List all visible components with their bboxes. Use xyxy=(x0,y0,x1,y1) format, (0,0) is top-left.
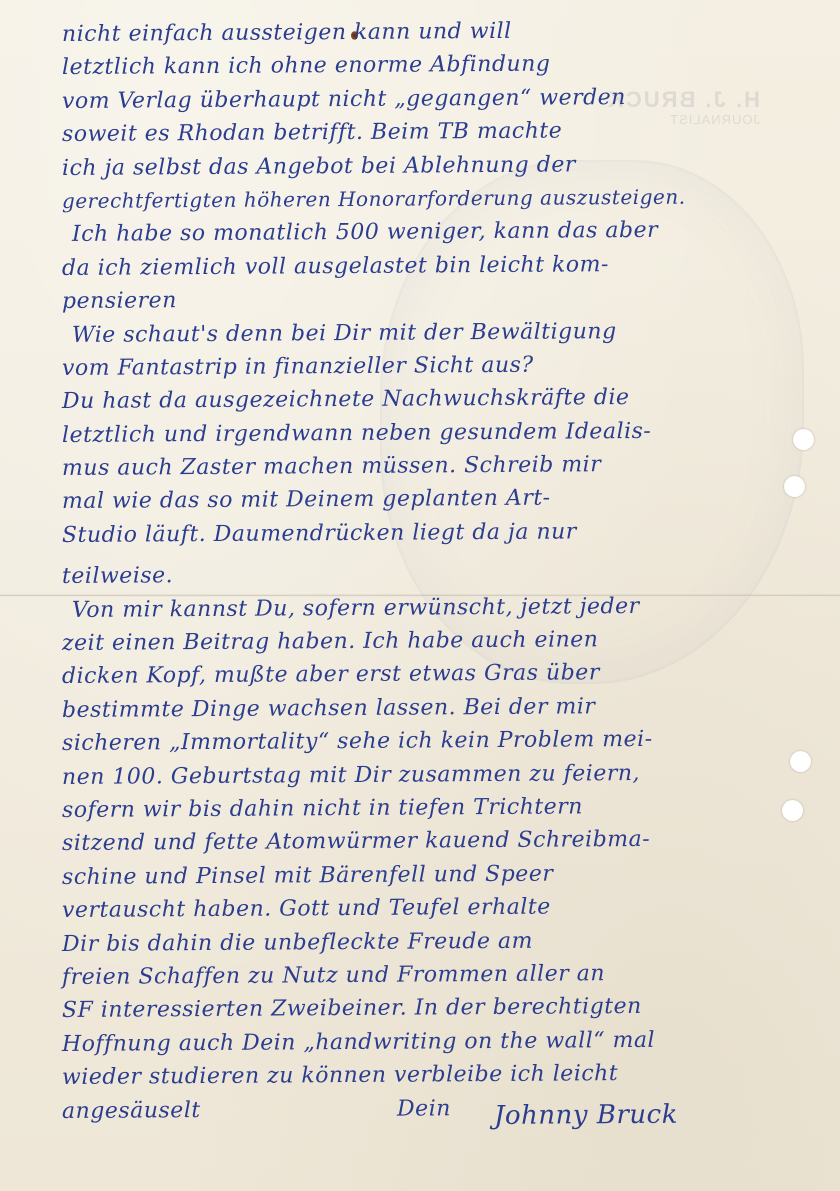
letter-line: Dir bis dahin die unbefleckte Freude am xyxy=(62,922,832,961)
letter-line: sitzend und fette Atomwürmer kauend Schr… xyxy=(62,822,832,861)
letter-line: Von mir kannst Du, sofern erwünscht, jet… xyxy=(62,588,832,627)
letter-page: H. J. BRUCK Journalist nicht einfach aus… xyxy=(0,0,840,1191)
letter-line: wieder studieren zu können verbleibe ich… xyxy=(62,1056,832,1095)
letter-line: pensieren xyxy=(62,280,832,319)
letter-line: mal wie das so mit Deinem geplanten Art- xyxy=(62,480,832,519)
letter-line: da ich ziemlich voll ausgelastet bin lei… xyxy=(62,246,832,285)
letter-line: schine und Pinsel mit Bärenfell und Spee… xyxy=(62,855,832,894)
letter-line: letztlich kann ich ohne enorme Abfindung xyxy=(62,46,832,85)
letter-line: teilweise. xyxy=(62,555,832,594)
letter-line: Du hast da ausgezeichnete Nachwuchskräft… xyxy=(62,380,832,419)
closing: Dein xyxy=(397,1092,451,1126)
letter-line: dicken Kopf, mußte aber erst etwas Gras … xyxy=(62,655,832,694)
signature: Johnny Bruck xyxy=(494,1098,678,1133)
letter-line: soweit es Rhodan betrifft. Beim TB macht… xyxy=(62,113,832,152)
letter-line: vom Verlag überhaupt nicht „gegangen“ we… xyxy=(62,79,832,118)
letter-line: nen 100. Geburtstag mit Dir zusammen zu … xyxy=(62,755,832,794)
letter-line: angesäuselt xyxy=(62,1098,201,1124)
letter-line: vertauscht haben. Gott und Teufel erhalt… xyxy=(62,889,832,928)
letter-line: Ich habe so monatlich 500 weniger, kann … xyxy=(62,213,832,252)
letter-line: sicheren „Immortality“ sehe ich kein Pro… xyxy=(62,722,832,761)
letter-line: Wie schaut's denn bei Dir mit der Bewält… xyxy=(62,313,832,352)
signature-row: angesäuselt Dein Johnny Bruck xyxy=(62,1089,832,1128)
letter-line: Hoffnung auch Dein „handwriting on the w… xyxy=(62,1022,832,1061)
letter-line: bestimmte Dinge wachsen lassen. Bei der … xyxy=(62,688,832,727)
letter-body: nicht einfach aussteigen kann und will l… xyxy=(62,18,832,1128)
letter-line: Studio läuft. Daumendrücken liegt da ja … xyxy=(62,513,832,552)
letter-line: letztlich und irgendwann neben gesundem … xyxy=(62,413,832,452)
letter-line: SF interessierten Zweibeiner. In der ber… xyxy=(62,989,832,1028)
letter-line: ich ja selbst das Angebot bei Ablehnung … xyxy=(62,146,832,185)
